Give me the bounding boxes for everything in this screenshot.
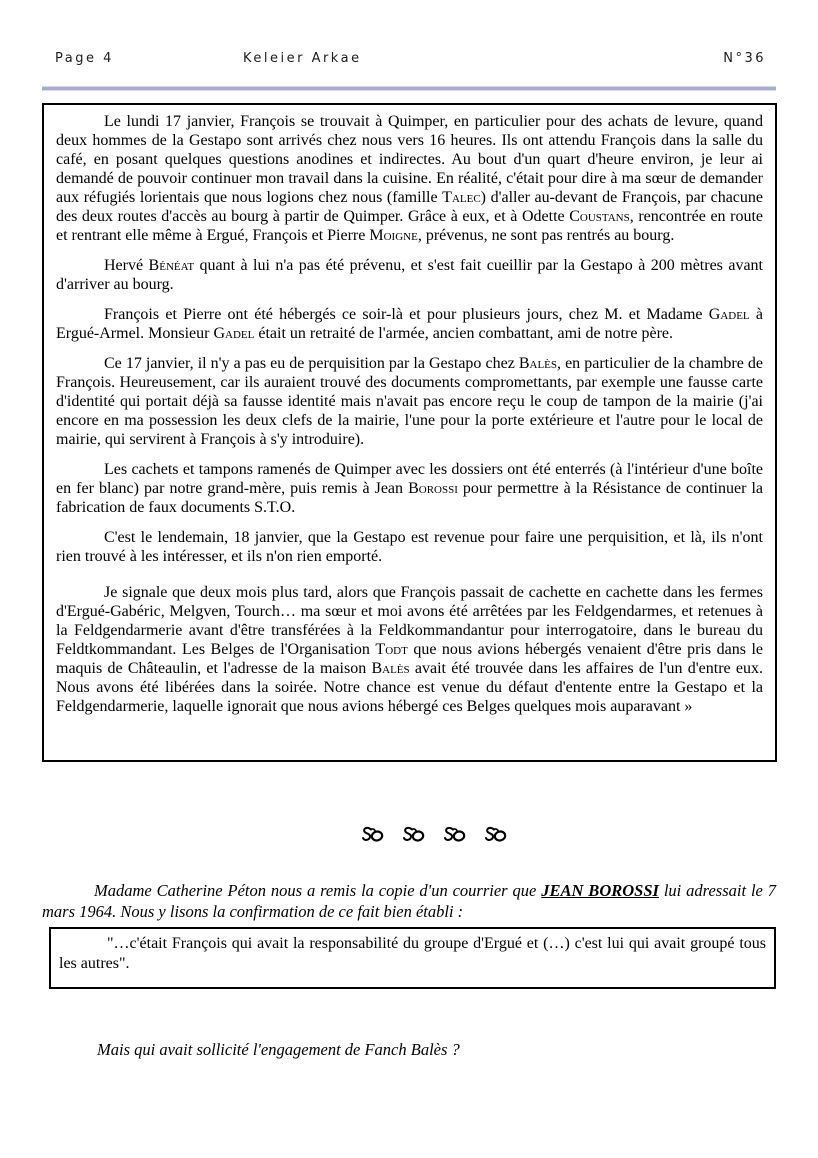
testimony-paragraph: Le lundi 17 janvier, François se trouvai…	[56, 112, 763, 245]
person-name: Gadel	[213, 325, 254, 342]
person-name: Balès	[519, 355, 557, 372]
testimony-paragraph: Je signale que deux mois plus tard, alor…	[56, 583, 763, 716]
text-run: C'est le lendemain, 18 janvier, que la G…	[56, 529, 763, 565]
letter-introduction-note: Madame Catherine Péton nous a remis la c…	[42, 880, 776, 922]
text-run: Hervé	[104, 257, 149, 274]
person-name: Bénéat	[149, 257, 195, 274]
issue-number: N°36	[723, 51, 766, 66]
emphasized-name: JEAN BOROSSI	[541, 881, 659, 900]
person-name: Coustans	[569, 208, 630, 225]
person-name: Talec	[442, 189, 481, 206]
publication-title: Keleier Arkae	[243, 51, 362, 66]
page-number-label: Page 4	[55, 51, 114, 66]
text-run: était un retraité de l'armée, ancien com…	[254, 325, 673, 342]
section-divider	[25, 826, 818, 844]
flourish-ornament-icon	[484, 826, 507, 844]
quotation-text: "…c'était François qui avait la responsa…	[59, 934, 766, 974]
text-run: Ce 17 janvier, il n'y a pas eu de perqui…	[104, 355, 519, 372]
flourish-ornament-icon	[402, 826, 425, 844]
testimony-paragraph: Ce 17 janvier, il n'y a pas eu de perqui…	[56, 354, 763, 449]
person-name: Moigne	[369, 227, 417, 244]
person-name: Borossi	[408, 480, 458, 497]
text-run: , prévenus, ne sont pas rentrés au bourg…	[418, 227, 675, 244]
testimony-paragraph: Les cachets et tampons ramenés de Quimpe…	[56, 460, 763, 517]
text-run: François et Pierre ont été hébergés ce s…	[104, 306, 709, 323]
page-header: Page 4 Keleier Arkae N°36	[0, 51, 818, 69]
quotation-box: "…c'était François qui avait la responsa…	[49, 927, 776, 989]
flourish-ornament-icon	[443, 826, 466, 844]
testimony-paragraph: François et Pierre ont été hébergés ce s…	[56, 305, 763, 343]
closing-question: Mais qui avait sollicité l'engagement de…	[42, 1040, 776, 1060]
flourish-ornament-icon	[361, 826, 384, 844]
person-name: Balès	[371, 660, 409, 677]
text-run: Madame Catherine Péton nous a remis la c…	[94, 881, 541, 900]
testimony-paragraph: Hervé Bénéat quant à lui n'a pas été pré…	[56, 256, 763, 294]
header-divider-rule	[42, 87, 776, 90]
person-name: Todt	[375, 641, 407, 658]
testimony-text-box: Le lundi 17 janvier, François se trouvai…	[42, 103, 777, 762]
testimony-paragraph: C'est le lendemain, 18 janvier, que la G…	[56, 528, 763, 566]
person-name: Gadel	[709, 306, 750, 323]
